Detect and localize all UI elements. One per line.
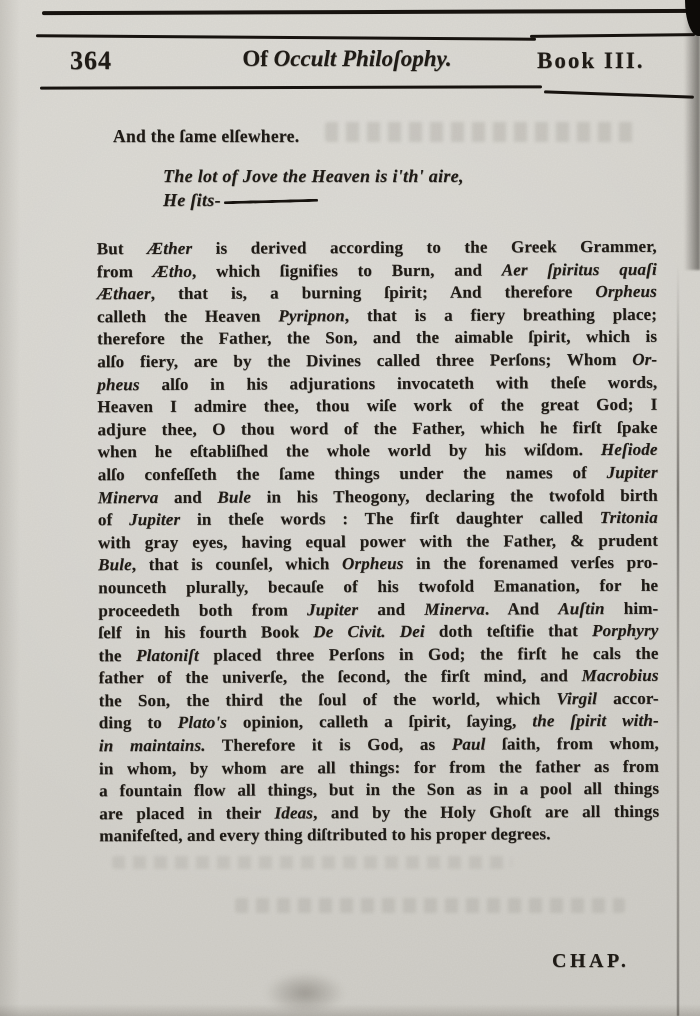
body-segment-italic: Plato's (178, 713, 227, 732)
body-segment: in theſe words : The firſt daughter call… (180, 508, 600, 529)
body-segment-italic: the ſpirit with- (532, 711, 659, 731)
body-segment: , which ſignifies to Burn, and (192, 260, 502, 280)
body-segment: . And (485, 599, 558, 618)
body-line: of Jupiter in theſe words : The firſt da… (98, 507, 658, 532)
body-line: Bule, that is counſel, which Orpheus in … (98, 552, 658, 577)
top-edge-rule (42, 9, 696, 15)
body-line: ſelf in his fourth Book De Civit. Dei do… (98, 620, 658, 645)
body-segment-italic: Orpheus (342, 554, 404, 573)
body-segment: therefore the Father, the Son, and the a… (97, 327, 657, 348)
body-segment-italic: Jupiter (129, 510, 180, 529)
body-line: Minerva and Bule in his Theogony, declar… (98, 484, 658, 509)
body-segment: , that is counſel, which (132, 554, 342, 574)
body-paragraph: But Æther is derived according to the Gr… (97, 236, 660, 848)
body-segment: a fountain flow all things, but in the S… (99, 779, 659, 800)
body-segment-italic: Ideas (274, 803, 313, 822)
header-rule-lower-right (544, 90, 694, 98)
body-line: proceedeth both from Jupiter and Minerva… (98, 597, 658, 622)
body-segment: with gray eyes, having equal power with … (98, 530, 658, 551)
body-segment: and (358, 599, 424, 618)
body-segment-italic: De Civit. Dei (313, 622, 425, 641)
show-through-smudge (112, 856, 512, 869)
page-crease-line (677, 265, 679, 1016)
body-segment-italic: Paul (452, 735, 486, 754)
body-segment: placed three Perſons in God; the firſt h… (199, 643, 659, 664)
body-segment: ding to (99, 713, 178, 732)
body-segment-italic: Macrobius (582, 666, 659, 685)
body-segment-italic: Auſtin (558, 599, 604, 618)
body-segment-italic: Æthaer (97, 284, 151, 303)
body-segment-italic: Minerva (424, 599, 485, 618)
body-segment: Heaven I admire thee, thou wiſe work of … (97, 395, 657, 416)
body-segment: ſelf in his fourth Book (98, 622, 313, 642)
body-segment: , that is, a burning ſpirit; And therefo… (151, 282, 596, 303)
body-segment-italic: Bule (98, 555, 132, 574)
body-line: therefore the Father, the Son, and the a… (97, 326, 657, 351)
body-segment-italic: Or- (632, 350, 657, 369)
body-segment: father of the univerſe, the ſecond, the … (99, 666, 582, 687)
body-segment: is derived according to the Greek Gramme… (192, 237, 657, 258)
body-line: ding to Plato's opinion, calleth a ſpiri… (99, 710, 659, 735)
body-segment-italic: Ætho (153, 261, 192, 280)
catchword: CHAP. (552, 950, 629, 973)
body-line: when he eſtabliſhed the whole world by h… (98, 439, 658, 464)
body-line: are placed in their Ideas, and by the Ho… (99, 801, 659, 826)
body-segment: nounceth plurally, becauſe of his twofol… (98, 576, 658, 597)
body-segment: Therefore it is God, as (206, 735, 452, 755)
header-rule-upper (36, 34, 536, 40)
body-line: Heaven I admire thee, thou wiſe work of … (97, 394, 657, 419)
body-segment: are placed in their (99, 803, 274, 823)
body-line: the Son, the third the ſoul of the world… (99, 688, 659, 713)
body-segment-italic: Jupiter (307, 600, 358, 619)
body-segment-italic: Pyripnon (278, 306, 344, 325)
body-segment: , that is a fiery breathing place; (345, 305, 657, 325)
body-segment: the Son, the third the ſoul of the world… (99, 689, 557, 710)
body-segment-italic: in maintains. (99, 736, 206, 755)
body-line: the Platoniſt placed three Perſons in Go… (98, 642, 658, 667)
body-segment: opinion, calleth a ſpirit, ſaying, (227, 712, 532, 732)
header-rule-upper-right (530, 33, 695, 37)
body-segment: But (97, 239, 147, 258)
body-segment-italic: Bule (217, 487, 251, 506)
body-line: alſo fiery, are by the Divines called th… (97, 349, 657, 374)
body-segment-italic: Tritonia (600, 508, 658, 527)
body-segment: in the forenamed verſes pro- (403, 553, 658, 573)
body-line: a fountain flow all things, but in the S… (99, 778, 659, 803)
page-edge-shadow-left (0, 0, 20, 1016)
body-line: adjure thee, O thou word of the Father, … (97, 417, 657, 442)
running-title: Of Occult Philoſophy. (172, 46, 522, 72)
body-line: with gray eyes, having equal power with … (98, 529, 658, 554)
body-segment-italic: Æther (147, 239, 192, 258)
body-line: calleth the Heaven Pyripnon, that is a f… (97, 304, 657, 329)
body-segment: alſo in his adjurations invocateth with … (140, 372, 658, 393)
body-segment: manifeſted, and every thing diſtributed … (99, 825, 550, 846)
body-line: from Ætho, which ſignifies to Burn, and … (97, 258, 657, 283)
body-segment: calleth the Heaven (97, 306, 278, 326)
body-segment-italic: Virgil (556, 689, 597, 708)
header-rule-lower (40, 85, 542, 89)
body-line: pheus alſo in his adjurations invocateth… (97, 371, 657, 396)
body-segment: from (97, 262, 153, 281)
body-segment: him- (604, 598, 658, 617)
body-segment: in his Theogony, declaring the twofold b… (251, 485, 658, 506)
body-segment: proceedeth both from (98, 600, 307, 620)
body-line: alſo confeſſeth the ſame things under th… (98, 462, 658, 487)
body-segment: alſo fiery, are by the Divines called th… (97, 350, 632, 371)
body-segment: of (98, 510, 129, 529)
body-segment: in whom, by whom are all things: for fro… (99, 756, 659, 777)
body-line: nounceth plurally, becauſe of his twofol… (98, 575, 658, 600)
running-title-prefix: Of (242, 46, 273, 71)
page-edge-shadow-bottom (0, 1004, 700, 1016)
show-through-smudge (235, 898, 625, 913)
body-line: in maintains. Therefore it is God, as Pa… (99, 733, 659, 758)
verse-line-2: He ſits- (163, 190, 318, 211)
page-edge-shadow-right (684, 0, 700, 270)
body-segment: adjure thee, O thou word of the Father, … (97, 418, 657, 439)
body-segment-italic: Porphyry (592, 621, 658, 640)
body-segment: when he eſtabliſhed the whole world by h… (98, 440, 601, 461)
body-segment: and (158, 487, 217, 506)
body-line: manifeſted, and every thing diſtributed … (99, 823, 659, 848)
book-page-scan: 364 Of Occult Philoſophy. Book III. And … (0, 0, 700, 1016)
body-segment: the (98, 646, 136, 665)
body-segment: , and by the Holy Ghoſt are all things (313, 802, 659, 823)
body-segment: doth teſtifie that (425, 621, 592, 641)
body-line: in whom, by whom are all things: for fro… (99, 755, 659, 780)
running-title-italic: Occult Philoſophy. (274, 46, 452, 71)
verse-dash (224, 199, 318, 204)
body-line: But Æther is derived according to the Gr… (97, 236, 657, 261)
body-segment-italic: Orpheus (595, 282, 657, 301)
body-segment-italic: Platoniſt (136, 645, 199, 664)
verse-line-1: The lot of Jove the Heaven is i'th' aire… (163, 166, 464, 187)
body-segment-italic: Jupiter (607, 463, 658, 482)
intro-line: And the ſame elſewhere. (113, 126, 299, 147)
show-through-smudge (325, 122, 640, 142)
body-segment-italic: Heſiode (601, 440, 658, 459)
book-label: Book III. (537, 48, 644, 74)
verse-line-2-text: He ſits- (163, 190, 221, 210)
body-segment-italic: pheus (97, 375, 139, 394)
body-segment: ſaith, from whom, (485, 734, 659, 754)
body-segment-italic: Minerva (98, 487, 159, 506)
body-segment: accor- (597, 689, 659, 708)
body-segment-italic: Aer ſpiritus quaſi (502, 259, 657, 279)
body-line: father of the univerſe, the ſecond, the … (99, 665, 659, 690)
body-segment: alſo confeſſeth the ſame things under th… (98, 463, 607, 484)
body-line: Æthaer, that is, a burning ſpirit; And t… (97, 281, 657, 306)
page-number: 364 (70, 46, 112, 76)
